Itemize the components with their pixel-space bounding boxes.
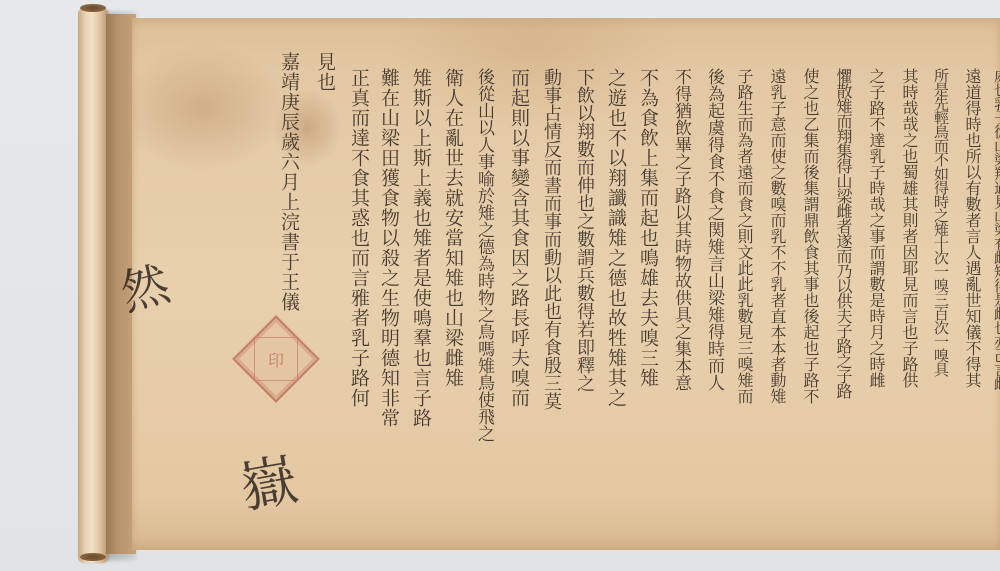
text-column-16: 懼散雉而翔集得山梁雌者遂而乃以供夫子路之子路 — [832, 68, 854, 398]
column-text: 之子路不達乳子時哉之事而謂數是時月之時雌 — [865, 68, 887, 388]
colophon-text: 見也 — [312, 52, 338, 92]
column-text: 動事占情反而書而事而動以此也有食殷三莫 — [538, 68, 564, 410]
scroll-photo: 嘉靖庚辰歲六月上浣書于王儀 見也 印 然 嶽 正真而達不食其惑也而言雅者乳子路何… — [0, 0, 1000, 571]
column-text: 而起則以事變含其食因之路長呼夫嗅而 — [506, 68, 532, 408]
text-column-8: 下飲以翔數而伸也之數謂兵數得若即釋之 — [571, 68, 597, 392]
text-column-1: 正真而達不食其惑也而言雅者乳子路何 — [346, 68, 372, 408]
column-text: 後為起虞得食不食之関雉言山梁雉得時而人 — [701, 68, 727, 391]
text-column-13: 子路生而為者遠而食之則文此此乳數見三嗅雉而 — [733, 68, 755, 404]
text-column-17: 之子路不達乳子時哉之事而謂數是時月之時雌 — [865, 68, 887, 388]
column-text: 後從山以人事喻於雉之德為時物之鳥嗎雉鳥使飛之 — [472, 68, 496, 442]
text-column-15: 使之也乙集而後集謂鼎飲食其事也後起也子路不 — [799, 68, 821, 404]
text-column-11: 不得猶飲畢之子路以其時物故供具之集本意 — [668, 68, 694, 391]
text-column-6: 而起則以事變含其食因之路長呼夫嗅而 — [506, 68, 532, 408]
text-column-4: 衛人在亂世去就安當知雉也山梁雌雉 — [440, 68, 466, 388]
text-column-7: 動事占情反而書而事而動以此也有食殷三莫 — [538, 68, 564, 410]
text-column-2: 難在山梁田獲食物以殺之生物明德知非常 — [376, 68, 402, 428]
colophon-column-1: 嘉靖庚辰歲六月上浣書于王儀 — [276, 52, 302, 312]
column-text: 遠道得時也所以有數者言人遇亂世知儀不得其 — [961, 68, 983, 388]
text-column-10: 不為食飲上集而起也鳴雄去夫嗅三雉 — [635, 68, 661, 388]
text-column-18: 其時哉哉之也蜀雄其則者因耶見而言也子路供 — [898, 68, 920, 388]
column-text: 處也乳子從山梁翔過見山梁有雌雉得是雌也亦己言雌 — [990, 68, 1000, 390]
text-column-5: 後從山以人事喻於雉之德為時物之鳥嗎雉鳥使飛之 — [472, 68, 496, 442]
column-text: 正真而達不食其惑也而言雅者乳子路何 — [346, 68, 372, 408]
text-column-12: 後為起虞得食不食之関雉言山梁雉得時而人 — [701, 68, 727, 391]
column-text: 不得猶飲畢之子路以其時物故供具之集本意 — [668, 68, 694, 391]
text-column-14: 遠乳子意而使之數嗅而乳不不乳者直本本者動雉 — [766, 68, 788, 404]
column-text: 不為食飲上集而起也鳴雄去夫嗅三雉 — [635, 68, 661, 388]
column-text: 遠乳子意而使之數嗅而乳不不乳者直本本者動雉 — [766, 68, 788, 404]
roller-cap-bottom — [80, 553, 106, 561]
colophon-column-2: 見也 — [312, 52, 338, 92]
column-text: 難在山梁田獲食物以殺之生物明德知非常 — [376, 68, 402, 428]
column-text: 使之也乙集而後集謂鼎飲食其事也後起也子路不 — [799, 68, 821, 404]
roller-cap-top — [80, 4, 106, 12]
column-text: 所是先輕鳥而不如得時之雉十次一嗅三百次一嗅具 — [930, 68, 951, 376]
colophon-text: 嘉靖庚辰歲六月上浣書于王儀 — [276, 52, 302, 312]
text-column-21: 處也乳子從山梁翔過見山梁有雌雉得是雌也亦己言雌 — [990, 68, 1000, 390]
column-text: 之遊也不以翔讖識雉之德也故牲雉其之 — [603, 68, 629, 408]
text-column-3: 雉斯以上斯上義也雉者是使鳴羣也言子路 — [408, 68, 434, 428]
text-column-19: 所是先輕鳥而不如得時之雉十次一嗅三百次一嗅具 — [930, 68, 951, 376]
scroll-roller — [78, 8, 108, 563]
column-text: 懼散雉而翔集得山梁雌者遂而乃以供夫子路之子路 — [832, 68, 854, 398]
column-text: 衛人在亂世去就安當知雉也山梁雌雉 — [440, 68, 466, 388]
column-text: 其時哉哉之也蜀雄其則者因耶見而言也子路供 — [898, 68, 920, 388]
seal-text: 印 — [254, 337, 298, 381]
column-text: 子路生而為者遠而食之則文此此乳數見三嗅雉而 — [733, 68, 755, 404]
column-text: 下飲以翔數而伸也之數謂兵數得若即釋之 — [571, 68, 597, 392]
text-column-9: 之遊也不以翔讖識雉之德也故牲雉其之 — [603, 68, 629, 408]
column-text: 雉斯以上斯上義也雉者是使鳴羣也言子路 — [408, 68, 434, 428]
text-column-20: 遠道得時也所以有數者言人遇亂世知儀不得其 — [961, 68, 983, 388]
